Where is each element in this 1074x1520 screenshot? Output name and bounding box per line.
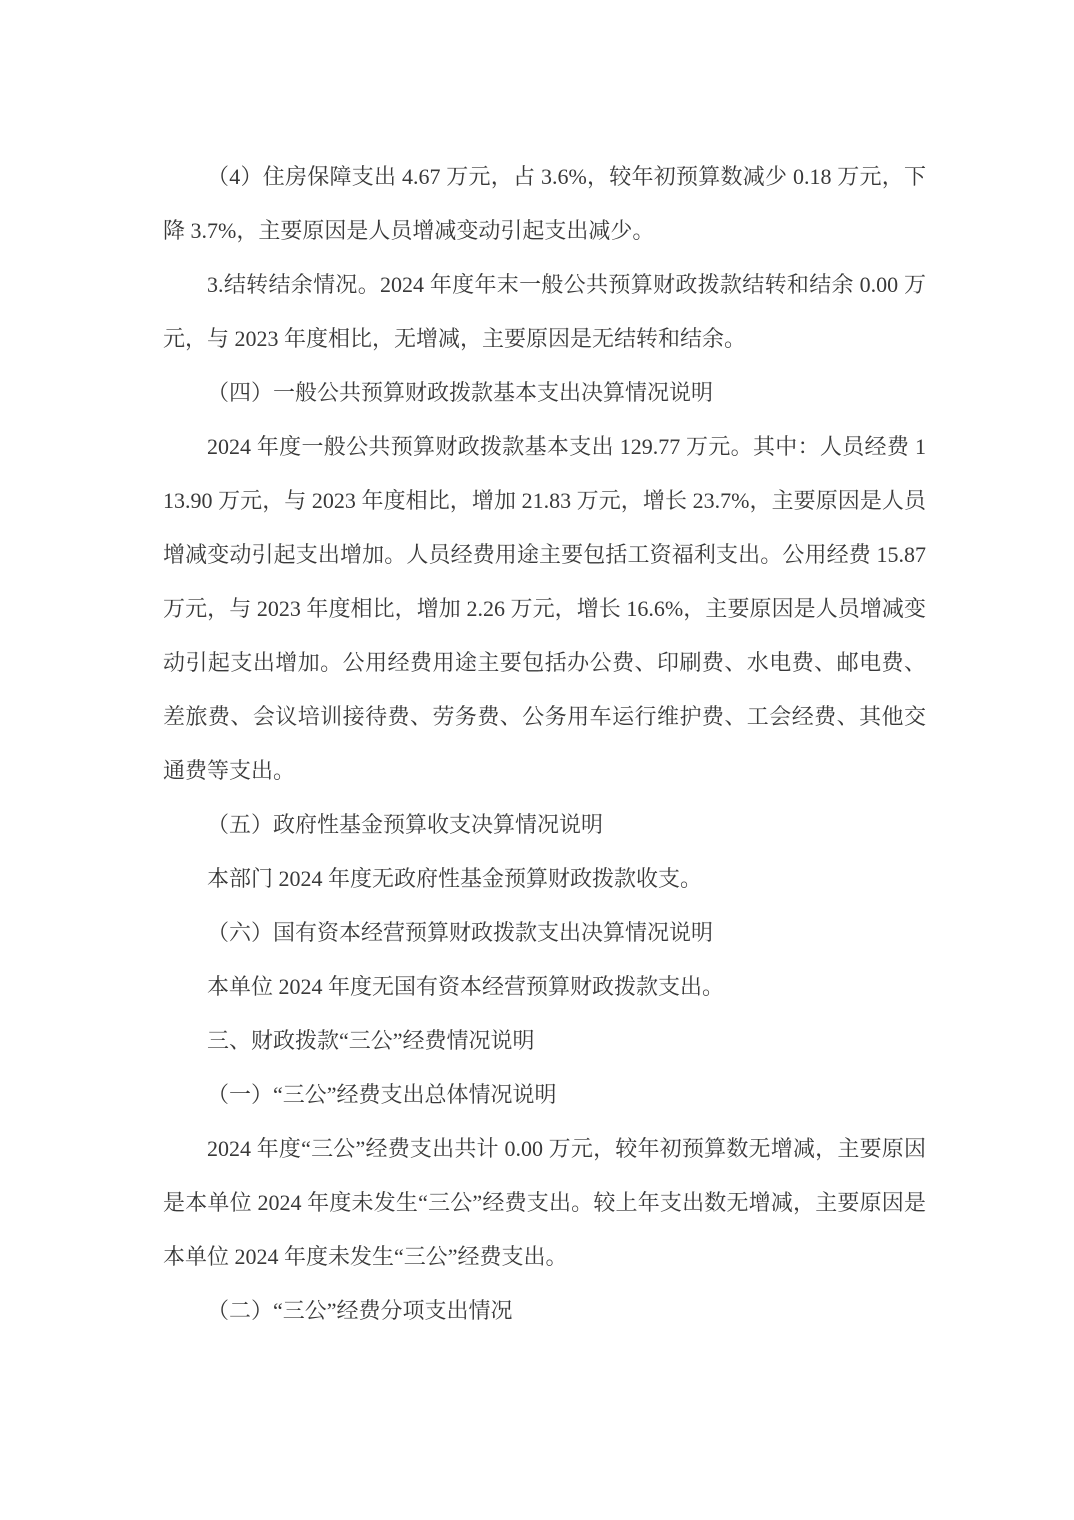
paragraph-carryover-balance: 3.结转结余情况。2024 年度年末一般公共预算财政拨款结转和结余 0.00 万…: [163, 258, 926, 366]
heading-state-capital-budget-section: （六）国有资本经营预算财政拨款支出决算情况说明: [163, 906, 926, 960]
heading-three-public-itemized-section: （二）“三公”经费分项支出情况: [163, 1284, 926, 1338]
heading-three-public-funds-section: 三、财政拨款“三公”经费情况说明: [163, 1014, 926, 1068]
document-body: （4）住房保障支出 4.67 万元，占 3.6%，较年初预算数减少 0.18 万…: [163, 150, 926, 1338]
paragraph-housing-support-expense: （4）住房保障支出 4.67 万元，占 3.6%，较年初预算数减少 0.18 万…: [163, 150, 926, 258]
heading-govt-fund-budget-section: （五）政府性基金预算收支决算情况说明: [163, 798, 926, 852]
paragraph-state-capital-budget: 本单位 2024 年度无国有资本经营预算财政拨款支出。: [163, 960, 926, 1014]
paragraph-govt-fund-budget: 本部门 2024 年度无政府性基金预算财政拨款收支。: [163, 852, 926, 906]
paragraph-three-public-overall: 2024 年度“三公”经费支出共计 0.00 万元，较年初预算数无增减，主要原因…: [163, 1122, 926, 1284]
heading-three-public-overall-section: （一）“三公”经费支出总体情况说明: [163, 1068, 926, 1122]
document-page: （4）住房保障支出 4.67 万元，占 3.6%，较年初预算数减少 0.18 万…: [0, 0, 1074, 1520]
heading-basic-expenditure-section: （四）一般公共预算财政拨款基本支出决算情况说明: [163, 366, 926, 420]
paragraph-basic-expenditure-detail: 2024 年度一般公共预算财政拨款基本支出 129.77 万元。其中：人员经费 …: [163, 420, 926, 798]
